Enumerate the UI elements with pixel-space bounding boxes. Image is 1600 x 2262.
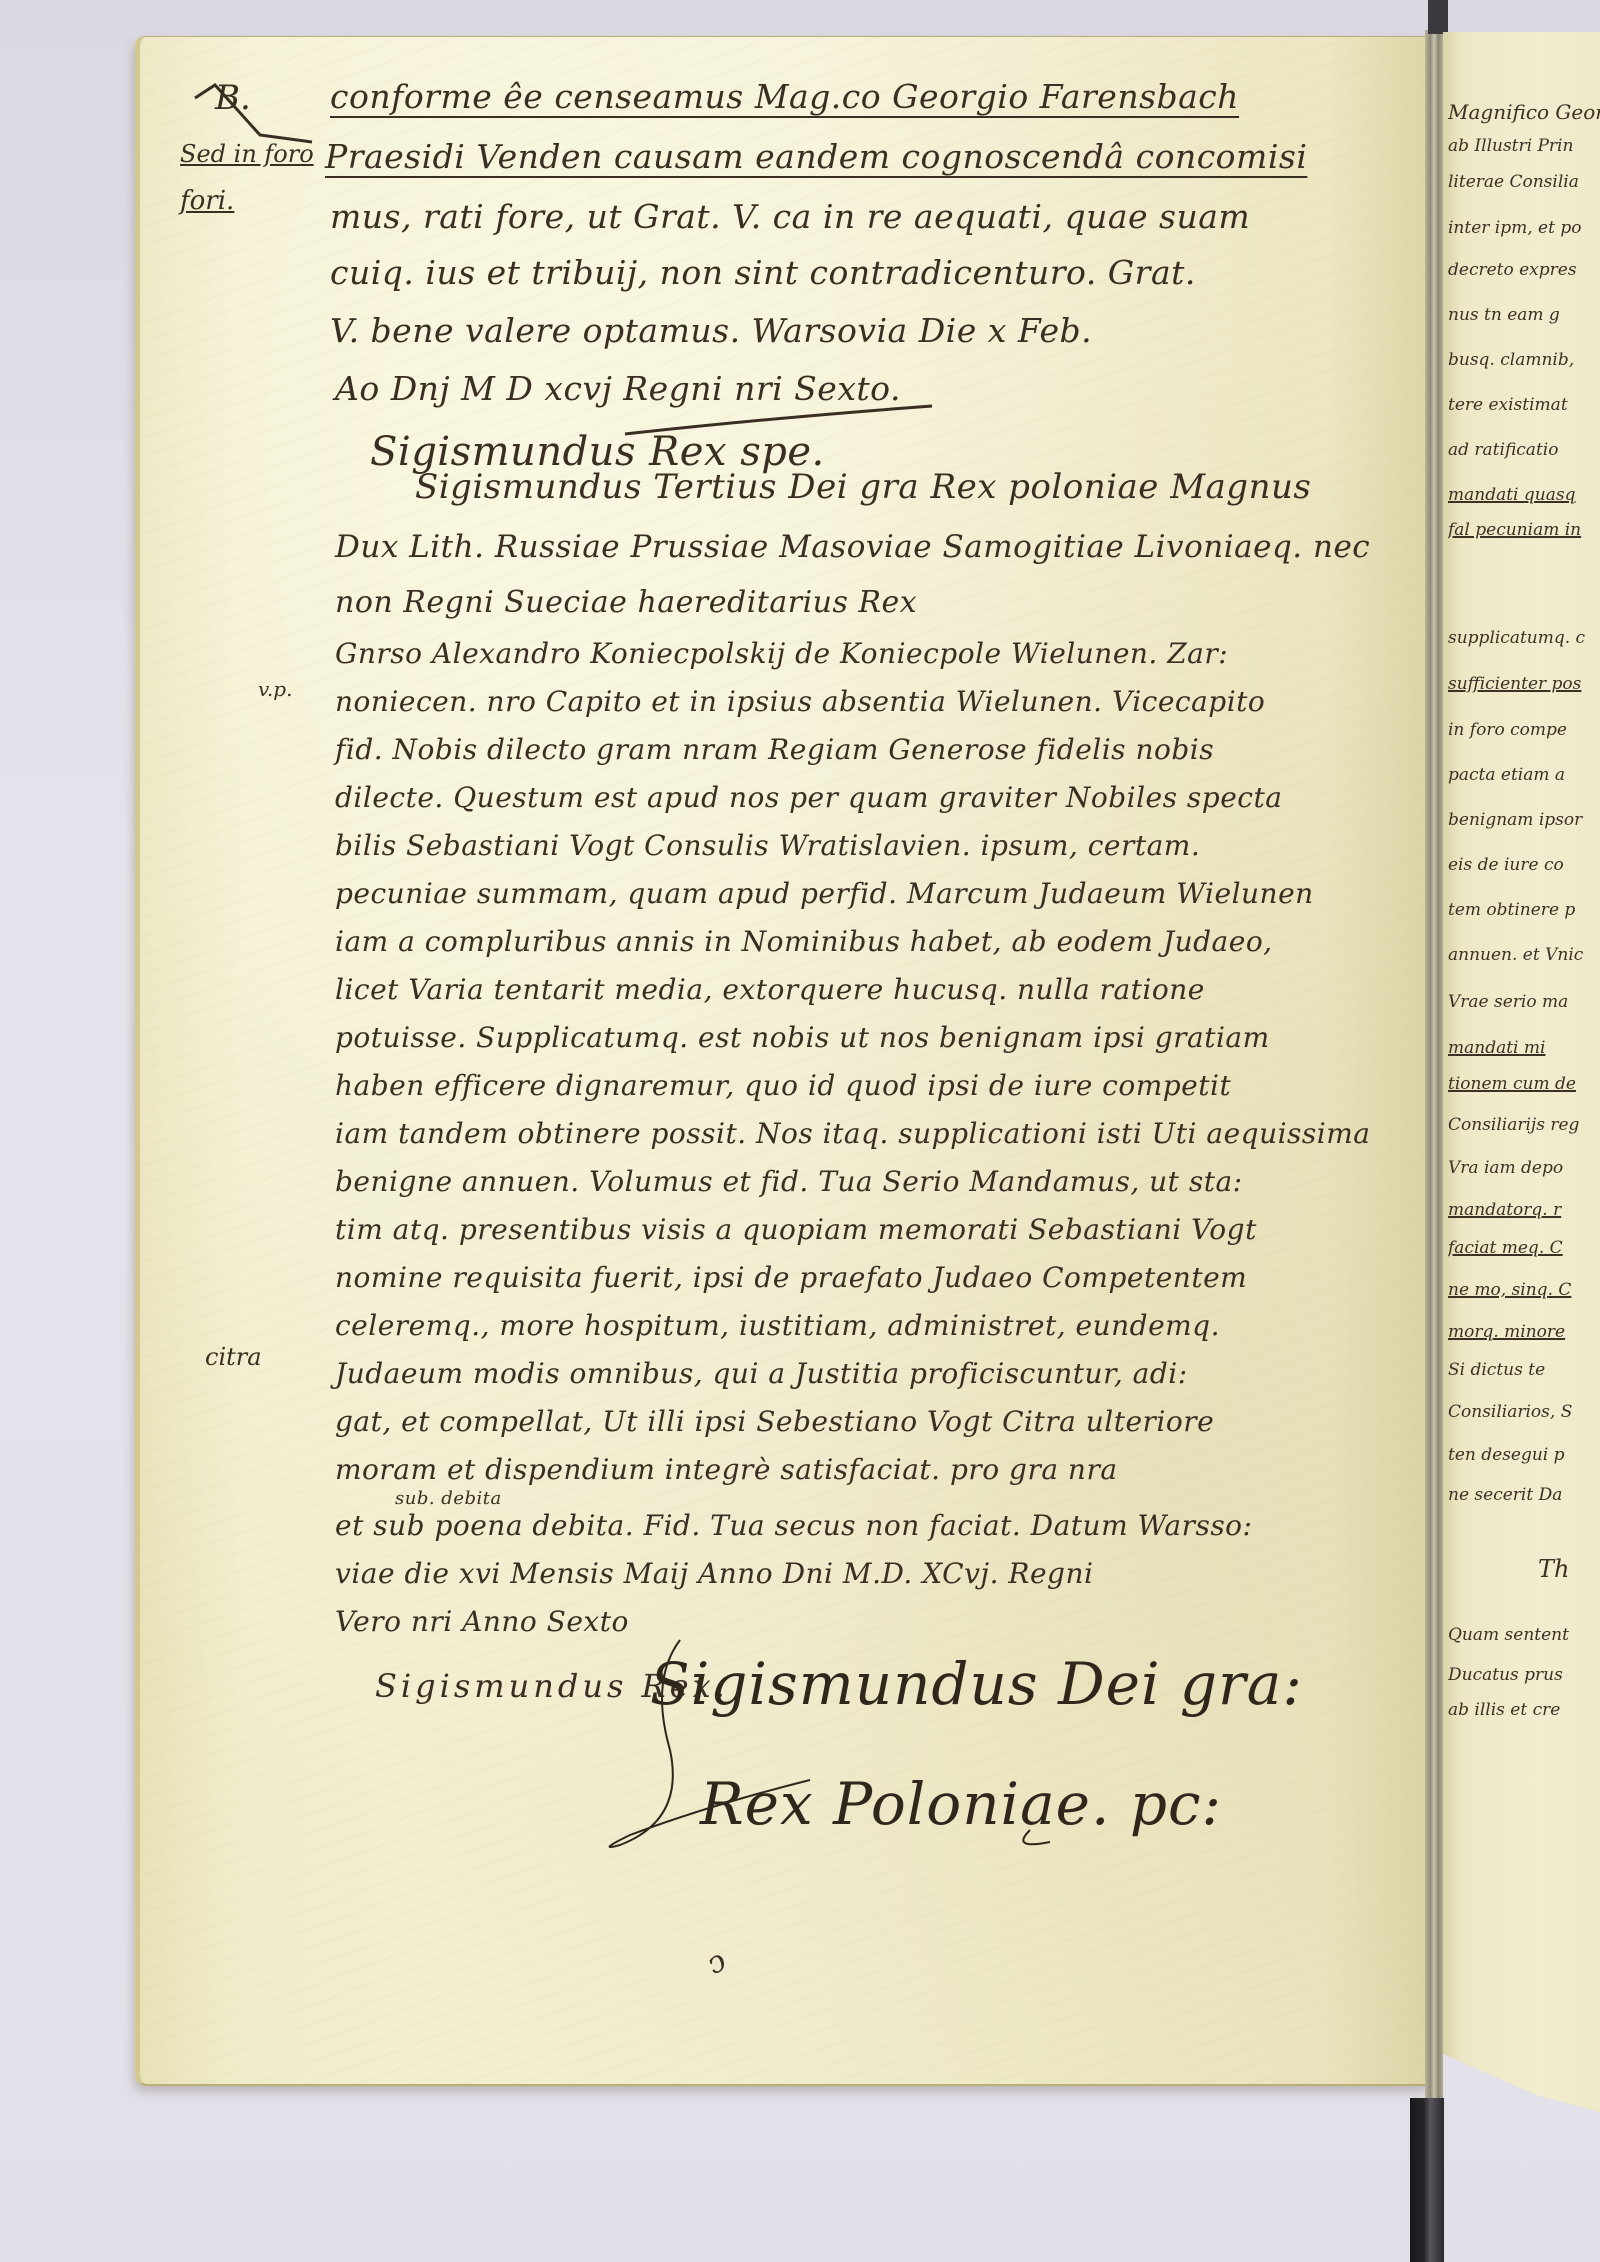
- text-line: eis de iure co: [1448, 855, 1564, 875]
- text-line: Ao Dnj M D xcvj Regni nri Sexto.: [335, 372, 901, 405]
- text-line: benignam ipsor: [1448, 810, 1582, 830]
- text-line: Vra iam depo: [1448, 1158, 1563, 1178]
- text-line: Ducatus prus: [1448, 1665, 1563, 1685]
- text-line: Quam sentent: [1448, 1625, 1569, 1645]
- book-gutter: [1425, 30, 1443, 2262]
- heading-line: Dux Lith. Russiae Prussiae Masoviae Samo…: [335, 532, 1370, 563]
- signature-short: Sigismundus Rex spe.: [370, 432, 825, 472]
- body-line: tim atq. presentibus visis a quopiam mem…: [335, 1216, 1257, 1244]
- text-line: V. bene valere optamus. Warsovia Die x F…: [330, 314, 1092, 347]
- body-line: celeremq., more hospitum, iustitiam, adm…: [335, 1312, 1220, 1340]
- text-line: cuiq. ius et tribuij, non sint contradic…: [330, 256, 1196, 289]
- body-line: Judaeum modis omnibus, qui a Justitia pr…: [335, 1360, 1188, 1388]
- body-line: pecuniae summam, quam apud perfid. Marcu…: [335, 880, 1314, 908]
- text-line: Consiliarios, S: [1448, 1402, 1572, 1422]
- body-line: benigne annuen. Volumus et fid. Tua Seri…: [335, 1168, 1243, 1196]
- autograph-signature-line-1: Sigismundus Dei gra:: [650, 1650, 1303, 1718]
- text-line: busq. clamnib,: [1448, 350, 1574, 370]
- text-line: decreto expres: [1448, 260, 1577, 280]
- text-line: Vrae serio ma: [1448, 992, 1568, 1012]
- margin-note-fori: fori.: [180, 186, 234, 216]
- text-line: ten desegui p: [1448, 1445, 1565, 1465]
- text-line: mus, rati fore, ut Grat. V. ca in re aeq…: [330, 200, 1250, 233]
- autograph-signature-line-2: Rex Poloniae. pc:: [700, 1770, 1222, 1838]
- text-line: ad ratificatio: [1448, 440, 1558, 460]
- text-line: faciat meq. C: [1448, 1238, 1563, 1258]
- text-line: ab Illustri Prin: [1448, 136, 1573, 156]
- margin-note-citra: citra: [205, 1343, 262, 1371]
- body-line: dilecte. Questum est apud nos per quam g…: [335, 784, 1282, 812]
- body-line: moram et dispendium integrè satisfaciat.…: [335, 1456, 1118, 1484]
- text-line: mandatorq. r: [1448, 1200, 1561, 1220]
- body-line: noniecen. nro Capito et in ipsius absent…: [335, 688, 1265, 716]
- text-line: tere existimat: [1448, 395, 1568, 415]
- text-line: conforme êe censeamus Mag.co Georgio Far…: [330, 80, 1239, 113]
- body-line: iam a compluribus annis in Nominibus hab…: [335, 928, 1273, 956]
- text-line: fal pecuniam in: [1448, 520, 1581, 540]
- body-line: nomine requisita fuerit, ipsi de praefat…: [335, 1264, 1247, 1292]
- text-line: supplicatumq. c: [1448, 628, 1585, 648]
- body-line: iam tandem obtinere possit. Nos itaq. su…: [335, 1120, 1371, 1148]
- body-line: licet Varia tentarit media, extorquere h…: [335, 976, 1205, 1004]
- text-line: sufficienter pos: [1448, 674, 1581, 694]
- text-line: ne secerit Da: [1448, 1485, 1562, 1505]
- text-line: morq. minore: [1448, 1322, 1565, 1342]
- margin-note-vp: v.p.: [258, 677, 292, 701]
- text-line: Consiliarijs reg: [1448, 1115, 1579, 1135]
- body-line: viae die xvi Mensis Maij Anno Dni M.D. X…: [335, 1560, 1093, 1588]
- text-line: annuen. et Vnic: [1448, 945, 1583, 965]
- body-line: potuisse. Supplicatumq. est nobis ut nos…: [335, 1024, 1270, 1052]
- margin-note-sed-in-foro: Sed in foro: [180, 140, 314, 168]
- text-line: Praesidi Venden causam eandem cognoscend…: [325, 140, 1307, 173]
- text-line: pacta etiam a: [1448, 765, 1565, 785]
- binding-strap-bottom: [1410, 2098, 1444, 2262]
- text-line: tionem cum de: [1448, 1074, 1576, 1094]
- body-line: Vero nri Anno Sexto: [335, 1608, 629, 1636]
- body-line: et sub poena debita. Fid. Tua secus non …: [335, 1512, 1252, 1540]
- text-line: in foro compe: [1448, 720, 1567, 740]
- interlinear-insert: sub. debita: [395, 1490, 502, 1508]
- binding-strap-top: [1428, 0, 1448, 34]
- body-line: bilis Sebastiani Vogt Consulis Wratislav…: [335, 832, 1200, 860]
- text-line: literae Consilia: [1448, 172, 1579, 192]
- text-line: Th: [1538, 1555, 1569, 1583]
- text-line: Si dictus te: [1448, 1360, 1545, 1380]
- heading-line: Sigismundus Tertius Dei gra Rex poloniae…: [415, 470, 1311, 504]
- body-line: haben efficere dignaremur, quo id quod i…: [335, 1072, 1231, 1100]
- right-page-text: Magnifico Geor ab Illustri Prin literae …: [1448, 100, 1600, 1900]
- text-line: Magnifico Geor: [1448, 100, 1600, 124]
- text-line: nus tn eam g: [1448, 305, 1560, 325]
- body-line: Gnrso Alexandro Koniecpolskij de Koniecp…: [335, 640, 1228, 668]
- heading-line: non Regni Sueciae haereditarius Rex: [335, 588, 917, 618]
- text-line: ab illis et cre: [1448, 1700, 1560, 1720]
- margin-mark-b: B.: [215, 78, 251, 118]
- text-line: tem obtinere p: [1448, 900, 1575, 920]
- text-line: ne mo, sinq. C: [1448, 1280, 1571, 1300]
- body-line: gat, et compellat, Ut illi ipsi Sebestia…: [335, 1408, 1214, 1436]
- text-line: mandati quasq: [1448, 485, 1575, 505]
- text-line: inter ipm, et po: [1448, 218, 1581, 238]
- text-line: mandati mi: [1448, 1038, 1545, 1058]
- body-line: fid. Nobis dilecto gram nram Regiam Gene…: [335, 736, 1214, 764]
